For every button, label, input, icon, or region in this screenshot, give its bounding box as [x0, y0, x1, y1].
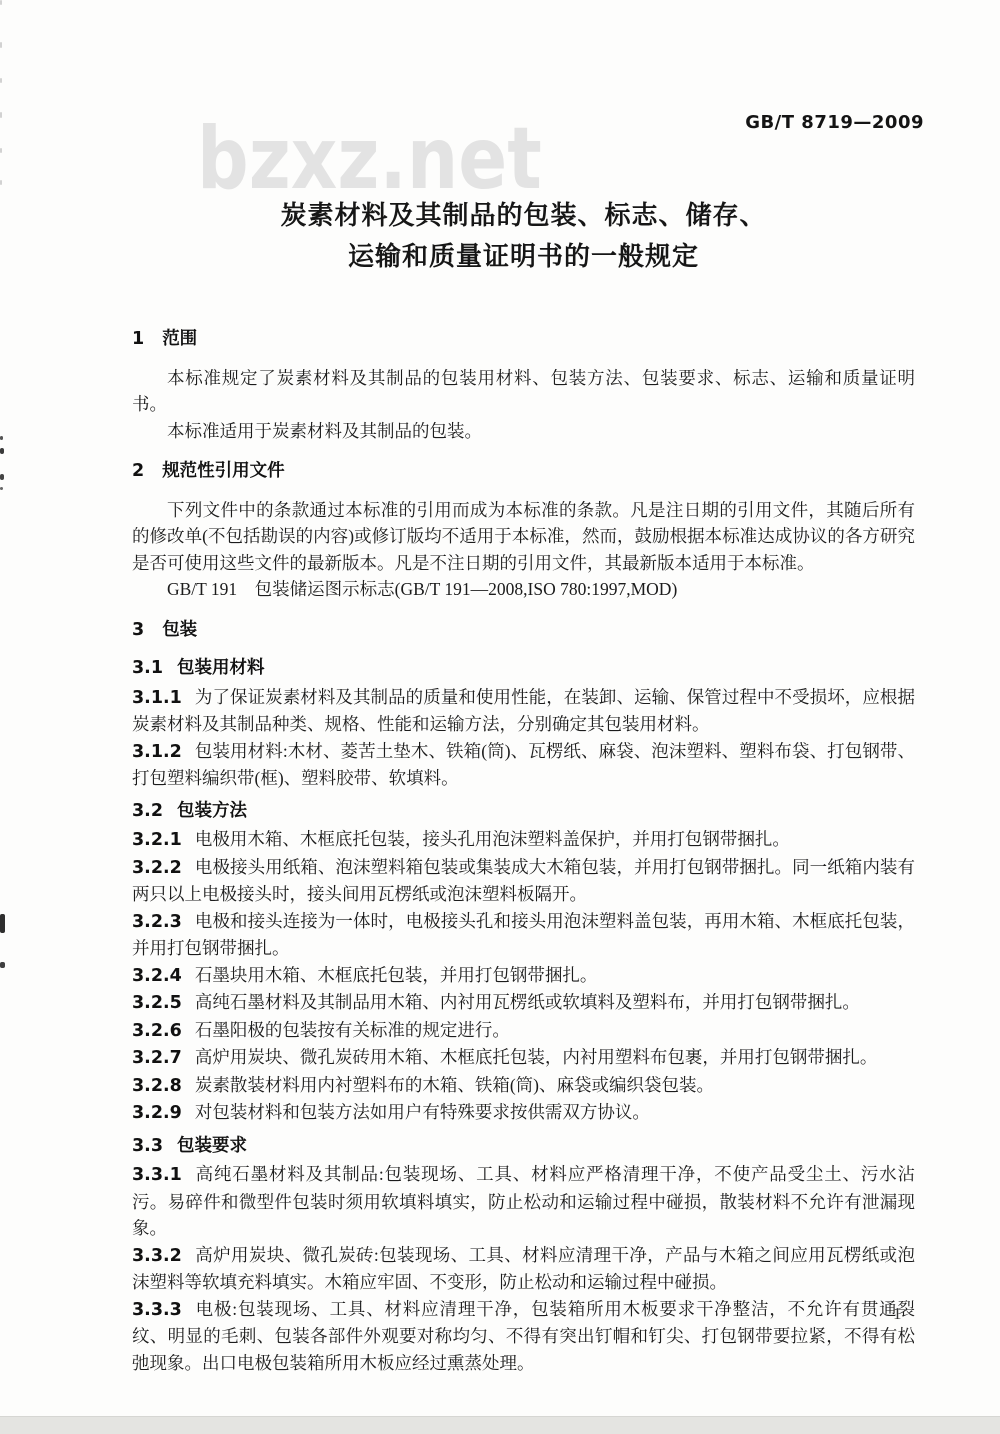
section-number: 3	[132, 620, 144, 640]
page-number: 1	[893, 1304, 902, 1324]
clause-number: 3.2.1	[132, 830, 182, 850]
clause-text: 对包装材料和包装方法如用户有特殊要求按供需双方协议。	[195, 1102, 650, 1122]
section-title: 包装方法	[177, 801, 247, 821]
clause-3.2.2: 3.2.2电极接头用纸箱、泡沫塑料箱包装或集装成大木箱包装，并用打包钢带捆扎。同…	[132, 854, 915, 908]
section-number: 2	[132, 461, 144, 481]
paragraph: GB/T 191 包装储运图示标志(GB/T 191—2008,ISO 780:…	[132, 576, 915, 603]
scan-artifact	[0, 914, 5, 933]
section-heading-3.2: 3.2包装方法	[132, 798, 915, 825]
scan-artifact	[0, 180, 2, 185]
section-heading-3.1: 3.1包装用材料	[132, 655, 915, 682]
clause-text: 石墨阳极的包装按有关标准的规定进行。	[195, 1020, 510, 1040]
clause-number: 3.3.3	[132, 1300, 182, 1320]
scan-artifact	[0, 42, 2, 48]
clause-3.2.9: 3.2.9对包装材料和包装方法如用户有特殊要求按供需双方协议。	[132, 1099, 915, 1127]
watermark-text: bzxz.net	[197, 116, 542, 202]
clause-3.2.3: 3.2.3电极和接头连接为一体时，电极接头孔和接头用泡沫塑料盖包装，再用木箱、木…	[132, 908, 915, 962]
clause-text: 电极:包装现场、工具、材料应清理干净，包装箱所用木板要求干净整洁，不允许有贯通裂…	[132, 1299, 915, 1373]
clause-number: 3.2.3	[132, 912, 182, 932]
clause-3.1.1: 3.1.1为了保证炭素材料及其制品的质量和使用性能，在装卸、运输、保管过程中不受…	[132, 684, 915, 738]
section-number: 3.3	[132, 1136, 163, 1156]
scan-artifact	[0, 487, 3, 490]
clause-number: 3.2.2	[132, 858, 182, 878]
clause-3.3.2: 3.3.2高炉用炭块、微孔炭砖:包装现场、工具、材料应清理干净，产品与木箱之间应…	[132, 1242, 915, 1296]
clause-text: 电极和接头连接为一体时，电极接头孔和接头用泡沫塑料盖包装，再用木箱、木框底托包装…	[132, 911, 915, 959]
clause-text: 电极用木箱、木框底托包装，接头孔用泡沫塑料盖保护，并用打包钢带捆扎。	[195, 829, 790, 849]
clause-3.1.2: 3.1.2包装用材料:木材、菱苦土垫木、铁箱(筒)、瓦楞纸、麻袋、泡沫塑料、塑料…	[132, 738, 915, 792]
scan-artifact	[0, 78, 2, 83]
section-number: 3.2	[132, 801, 163, 821]
section-number: 1	[132, 329, 144, 349]
clause-3.2.4: 3.2.4石墨块用木箱、木框底托包装，并用打包钢带捆扎。	[132, 962, 915, 990]
section-title: 规范性引用文件	[162, 461, 285, 481]
clause-number: 3.2.8	[132, 1076, 182, 1096]
scan-artifact	[0, 436, 3, 440]
clause-number: 3.1.2	[132, 742, 182, 762]
clause-text: 高纯石墨材料及其制品:包装现场、工具、材料应严格清理干净，不使产品受尘土、污水沾…	[132, 1164, 915, 1238]
clause-text: 电极接头用纸箱、泡沫塑料箱包装或集装成大木箱包装，并用打包钢带捆扎。同一纸箱内装…	[132, 857, 915, 905]
clause-text: 为了保证炭素材料及其制品的质量和使用性能，在装卸、运输、保管过程中不受损坏，应根…	[132, 687, 915, 735]
clause-number: 3.2.4	[132, 966, 182, 986]
section-title: 包装	[162, 620, 197, 640]
clause-3.2.6: 3.2.6石墨阳极的包装按有关标准的规定进行。	[132, 1017, 915, 1045]
clause-text: 高纯石墨材料及其制品用木箱、内衬用瓦楞纸或软填料及塑料布，并用打包钢带捆扎。	[195, 992, 860, 1012]
clause-3.3.1: 3.3.1高纯石墨材料及其制品:包装现场、工具、材料应严格清理干净，不使产品受尘…	[132, 1161, 915, 1242]
clause-text: 高炉用炭块、微孔炭砖:包装现场、工具、材料应清理干净，产品与木箱之间应用瓦楞纸或…	[132, 1245, 915, 1293]
clause-number: 3.1.1	[132, 688, 182, 708]
clause-text: 包装用材料:木材、菱苦土垫木、铁箱(筒)、瓦楞纸、麻袋、泡沫塑料、塑料布袋、打包…	[132, 741, 915, 789]
document-title: 炭素材料及其制品的包装、标志、储存、 运输和质量证明书的一般规定	[132, 196, 915, 278]
scan-artifact	[0, 0, 2, 5]
clause-3.2.5: 3.2.5高纯石墨材料及其制品用木箱、内衬用瓦楞纸或软填料及塑料布，并用打包钢带…	[132, 989, 915, 1017]
section-heading-3: 3包装	[132, 617, 915, 644]
document-content: 1范围本标准规定了炭素材料及其制品的包装用材料、包装方法、包装要求、标志、运输和…	[132, 326, 915, 1376]
scan-artifact	[0, 474, 4, 480]
section-heading-1: 1范围	[132, 326, 915, 353]
document-title-line2: 运输和质量证明书的一般规定	[132, 237, 915, 278]
clause-number: 3.3.1	[132, 1165, 182, 1185]
clause-text: 高炉用炭块、微孔炭砖用木箱、木框底托包装，内衬用塑料布包裹，并用打包钢带捆扎。	[195, 1047, 878, 1067]
clause-number: 3.2.6	[132, 1021, 182, 1041]
standard-code: GB/T 8719—2009	[745, 112, 924, 133]
scan-artifact	[0, 448, 4, 454]
section-heading-2: 2规范性引用文件	[132, 458, 915, 485]
section-number: 3.1	[132, 658, 163, 678]
section-title: 包装要求	[177, 1136, 247, 1156]
section-heading-3.3: 3.3包装要求	[132, 1133, 915, 1160]
scan-artifact	[0, 962, 5, 968]
paragraph: 本标准适用于炭素材料及其制品的包装。	[132, 418, 915, 445]
clause-number: 3.2.7	[132, 1048, 182, 1068]
clause-number: 3.2.9	[132, 1103, 182, 1123]
paragraph: 下列文件中的条款通过本标准的引用而成为本标准的条款。凡是注日期的引用文件，其随后…	[132, 497, 915, 577]
clause-number: 3.3.2	[132, 1246, 182, 1266]
section-title: 范围	[162, 329, 197, 349]
paragraph: 本标准规定了炭素材料及其制品的包装用材料、包装方法、包装要求、标志、运输和质量证…	[132, 365, 915, 418]
clause-3.2.8: 3.2.8炭素散装材料用内衬塑料布的木箱、铁箱(筒)、麻袋或编织袋包装。	[132, 1072, 915, 1100]
scanned-document-page: bzxz.net GB/T 8719—2009 炭素材料及其制品的包装、标志、储…	[0, 0, 1000, 1434]
clause-3.3.3: 3.3.3电极:包装现场、工具、材料应清理干净，包装箱所用木板要求干净整洁，不允…	[132, 1296, 915, 1377]
clause-3.2.7: 3.2.7高炉用炭块、微孔炭砖用木箱、木框底托包装，内衬用塑料布包裹，并用打包钢…	[132, 1044, 915, 1072]
clause-text: 炭素散装材料用内衬塑料布的木箱、铁箱(筒)、麻袋或编织袋包装。	[195, 1075, 714, 1095]
scan-artifact	[0, 112, 2, 118]
scan-artifact	[0, 148, 2, 153]
clause-3.2.1: 3.2.1电极用木箱、木框底托包装，接头孔用泡沫塑料盖保护，并用打包钢带捆扎。	[132, 826, 915, 854]
section-title: 包装用材料	[177, 658, 265, 678]
document-title-line1: 炭素材料及其制品的包装、标志、储存、	[132, 196, 915, 237]
clause-number: 3.2.5	[132, 993, 182, 1013]
clause-text: 石墨块用木箱、木框底托包装，并用打包钢带捆扎。	[195, 965, 598, 985]
scan-bottom-strip	[0, 1416, 1000, 1434]
